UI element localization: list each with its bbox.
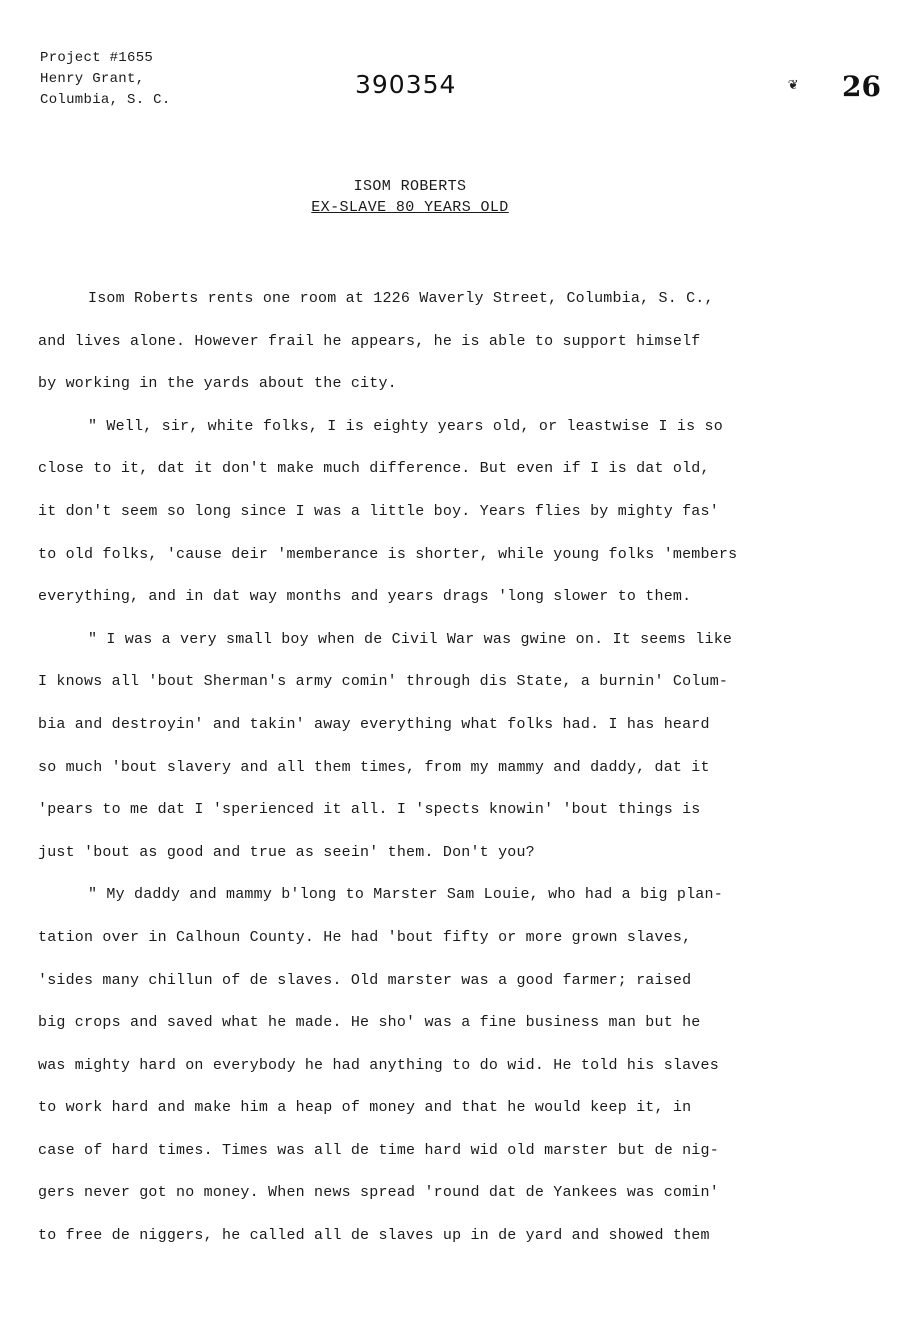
text-line: 'sides many chillun of de slaves. Old ma… (38, 960, 838, 1003)
text-line: 'pears to me dat I 'sperienced it all. I… (38, 789, 838, 832)
header-info: Project #1655 Henry Grant, Columbia, S. … (40, 48, 171, 111)
author-name: Henry Grant, (40, 69, 171, 90)
text-line: it don't seem so long since I was a litt… (38, 491, 838, 534)
narrator-subtitle: EX-SLAVE 80 YEARS OLD (0, 197, 820, 218)
project-number: Project #1655 (40, 48, 171, 69)
author-location: Columbia, S. C. (40, 90, 171, 111)
text-line: to old folks, 'cause deir 'memberance is… (38, 534, 838, 577)
text-line: I knows all 'bout Sherman's army comin' … (38, 661, 838, 704)
text-line: " My daddy and mammy b'long to Marster S… (38, 874, 838, 917)
narrator-name: ISOM ROBERTS (0, 176, 820, 197)
text-line: gers never got no money. When news sprea… (38, 1172, 838, 1215)
text-line: so much 'bout slavery and all them times… (38, 747, 838, 790)
text-line: and lives alone. However frail he appear… (38, 321, 838, 364)
text-line: tation over in Calhoun County. He had 'b… (38, 917, 838, 960)
title-block: ISOM ROBERTS EX-SLAVE 80 YEARS OLD (0, 176, 820, 218)
text-line: to work hard and make him a heap of mone… (38, 1087, 838, 1130)
text-line: everything, and in dat way months and ye… (38, 576, 838, 619)
document-page: Project #1655 Henry Grant, Columbia, S. … (0, 0, 900, 1319)
text-line: big crops and saved what he made. He sho… (38, 1002, 838, 1045)
text-line: case of hard times. Times was all de tim… (38, 1130, 838, 1173)
text-line: bia and destroyin' and takin' away every… (38, 704, 838, 747)
stamp-mark-icon: ❦ (788, 74, 798, 94)
text-line: to free de niggers, he called all de sla… (38, 1215, 838, 1258)
text-line: Isom Roberts rents one room at 1226 Wave… (38, 278, 838, 321)
text-line: " Well, sir, white folks, I is eighty ye… (38, 406, 838, 449)
page-number: 26 (842, 70, 881, 103)
document-number: 390354 (355, 70, 456, 99)
body-text: Isom Roberts rents one room at 1226 Wave… (38, 278, 838, 1258)
text-line: close to it, dat it don't make much diff… (38, 448, 838, 491)
text-line: just 'bout as good and true as seein' th… (38, 832, 838, 875)
text-line: " I was a very small boy when de Civil W… (38, 619, 838, 662)
text-line: by working in the yards about the city. (38, 363, 838, 406)
text-line: was mighty hard on everybody he had anyt… (38, 1045, 838, 1088)
